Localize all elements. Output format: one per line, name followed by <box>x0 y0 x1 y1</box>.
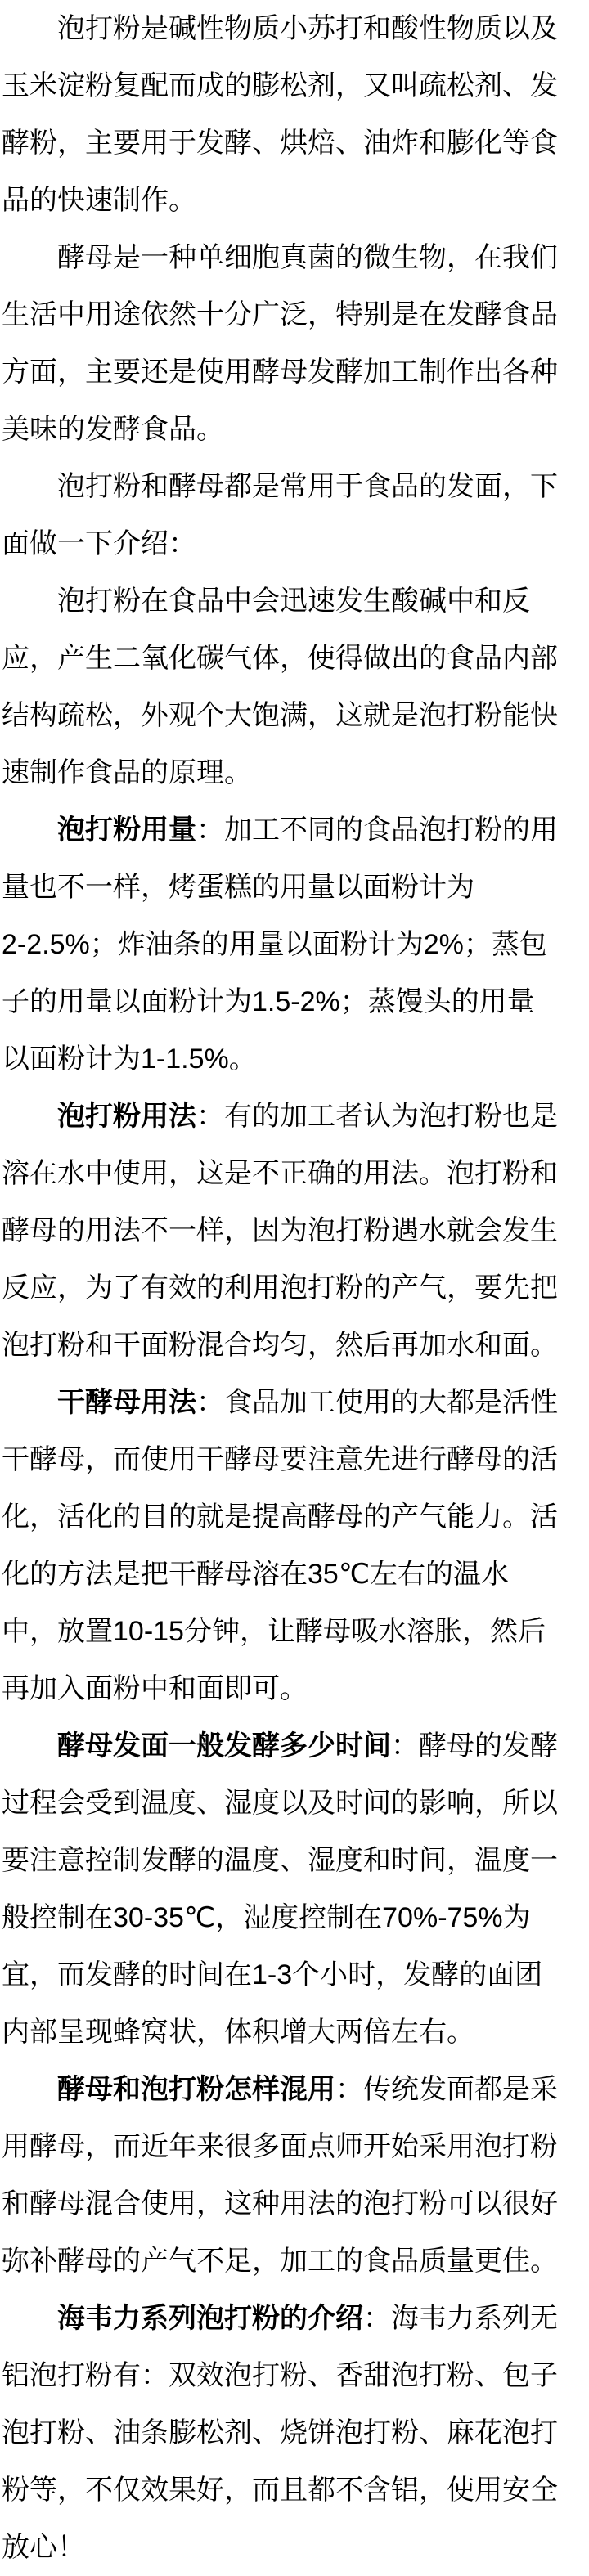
paragraph-4-first-line: 泡打粉在食品中会迅速发生酸碱中和反 <box>2 572 589 630</box>
paragraph-6: 泡打粉用法：有的加工者认为泡打粉也是溶在水中使用，这是不正确的用法。泡打粉和酵母… <box>2 1088 589 1374</box>
paragraph-5-line-3: 2-2.5%；炸油条的用量以面粉计为2%；蒸包 <box>2 916 589 973</box>
paragraph-4-line-2: 应，产生二氧化碳气体，使得做出的食品内部 <box>2 630 589 687</box>
paragraph-10-line-2: 铝泡打粉有：双效泡打粉、香甜泡打粉、包子 <box>2 2347 589 2404</box>
paragraph-7: 干酵母用法：食品加工使用的大都是活性干酵母，而使用干酵母要注意先进行酵母的活化，… <box>2 1374 589 1717</box>
paragraph-10-line-4: 粉等，不仅效果好，而且都不含铝，使用安全 <box>2 2462 589 2519</box>
paragraph-1-first-line: 泡打粉是碱性物质小苏打和酸性物质以及 <box>2 0 589 57</box>
paragraph-10-line-3: 泡打粉、油条膨松剂、烧饼泡打粉、麻花泡打 <box>2 2404 589 2462</box>
article: 泡打粉是碱性物质小苏打和酸性物质以及玉米淀粉复配而成的膨松剂，又叫疏松剂、发酵粉… <box>0 0 589 2576</box>
paragraph-8: 酵母发面一般发酵多少时间：酵母的发酵过程会受到温度、湿度以及时间的影响，所以要注… <box>2 1717 589 2061</box>
paragraph-7-line-4: 化的方法是把干酵母溶在35℃左右的温水 <box>2 1546 589 1603</box>
paragraph-4: 泡打粉在食品中会迅速发生酸碱中和反应，产生二氧化碳气体，使得做出的食品内部结构疏… <box>2 572 589 801</box>
paragraph-10-first-line: 海韦力系列泡打粉的介绍：海韦力系列无 <box>2 2290 589 2347</box>
paragraph-2-line-4: 美味的发酵食品。 <box>2 401 589 458</box>
paragraph-7-first-line: 干酵母用法：食品加工使用的大都是活性 <box>2 1374 589 1431</box>
paragraph-10-heading: 海韦力系列泡打粉的介绍 <box>57 2303 363 2334</box>
paragraph-5-line-5: 以面粉计为1-1.5%。 <box>2 1030 589 1088</box>
paragraph-10-line-5: 放心！ <box>2 2519 589 2576</box>
paragraph-2-line-3: 方面，主要还是使用酵母发酵加工制作出各种 <box>2 343 589 401</box>
paragraph-4-line-4: 速制作食品的原理。 <box>2 744 589 801</box>
paragraph-1: 泡打粉是碱性物质小苏打和酸性物质以及玉米淀粉复配而成的膨松剂，又叫疏松剂、发酵粉… <box>2 0 589 229</box>
paragraph-8-line-5: 宜，而发酵的时间在1-3个小时，发酵的面团 <box>2 1946 589 2004</box>
paragraph-9-heading: 酵母和泡打粉怎样混用 <box>57 2074 335 2105</box>
paragraph-8-line-6: 内部呈现蜂窝状，体积增大两倍左右。 <box>2 2004 589 2061</box>
paragraph-7-line-2: 干酵母，而使用干酵母要注意先进行酵母的活 <box>2 1431 589 1488</box>
paragraph-6-line-3: 酵母的用法不一样，因为泡打粉遇水就会发生 <box>2 1202 589 1259</box>
paragraph-8-line-4: 般控制在30-35℃，湿度控制在70%-75%为 <box>2 1889 589 1946</box>
paragraph-6-line-4: 反应，为了有效的利用泡打粉的产气，要先把 <box>2 1259 589 1317</box>
paragraph-7-line-5: 中，放置10-15分钟，让酵母吸水溶胀，然后 <box>2 1603 589 1660</box>
paragraph-8-heading: 酵母发面一般发酵多少时间 <box>57 1730 391 1761</box>
paragraph-3: 泡打粉和酵母都是常用于食品的发面，下面做一下介绍： <box>2 458 589 572</box>
paragraph-2-line-2: 生活中用途依然十分广泛，特别是在发酵食品 <box>2 286 589 343</box>
paragraph-1-line-2: 玉米淀粉复配而成的膨松剂，又叫疏松剂、发 <box>2 57 589 114</box>
paragraph-7-line-3: 化，活化的目的就是提高酵母的产气能力。活 <box>2 1488 589 1546</box>
paragraph-6-line-2: 溶在水中使用，这是不正确的用法。泡打粉和 <box>2 1145 589 1202</box>
paragraph-5-line-4: 子的用量以面粉计为1.5-2%；蒸馒头的用量 <box>2 973 589 1030</box>
paragraph-6-line-5: 泡打粉和干面粉混合均匀，然后再加水和面。 <box>2 1317 589 1374</box>
paragraph-9-line-2: 用酵母，而近年来很多面点师开始采用泡打粉 <box>2 2118 589 2175</box>
paragraph-8-line-3: 要注意控制发酵的温度、湿度和时间，温度一 <box>2 1832 589 1889</box>
paragraph-9-first-line: 酵母和泡打粉怎样混用：传统发面都是采 <box>2 2061 589 2118</box>
paragraph-5-line-2: 量也不一样，烤蛋糕的用量以面粉计为 <box>2 859 589 916</box>
paragraph-7-line-6: 再加入面粉中和面即可。 <box>2 1660 589 1717</box>
paragraph-3-first-line: 泡打粉和酵母都是常用于食品的发面，下 <box>2 458 589 515</box>
paragraph-2-first-line: 酵母是一种单细胞真菌的微生物，在我们 <box>2 229 589 286</box>
paragraph-1-line-4: 品的快速制作。 <box>2 172 589 229</box>
paragraph-9-line-4: 弥补酵母的产气不足，加工的食品质量更佳。 <box>2 2233 589 2290</box>
paragraph-6-first-line: 泡打粉用法：有的加工者认为泡打粉也是 <box>2 1088 589 1145</box>
paragraph-9: 酵母和泡打粉怎样混用：传统发面都是采用酵母，而近年来很多面点师开始采用泡打粉和酵… <box>2 2061 589 2290</box>
paragraph-10: 海韦力系列泡打粉的介绍：海韦力系列无铝泡打粉有：双效泡打粉、香甜泡打粉、包子泡打… <box>2 2290 589 2576</box>
paragraph-8-line-2: 过程会受到温度、湿度以及时间的影响，所以 <box>2 1775 589 1832</box>
paragraph-3-line-2: 面做一下介绍： <box>2 515 589 572</box>
paragraph-1-line-3: 酵粉，主要用于发酵、烘焙、油炸和膨化等食 <box>2 114 589 172</box>
paragraph-5-first-line: 泡打粉用量：加工不同的食品泡打粉的用 <box>2 801 589 859</box>
paragraph-2: 酵母是一种单细胞真菌的微生物，在我们生活中用途依然十分广泛，特别是在发酵食品方面… <box>2 229 589 458</box>
paragraph-5-heading: 泡打粉用量 <box>57 815 196 846</box>
paragraph-4-line-3: 结构疏松，外观个大饱满，这就是泡打粉能快 <box>2 687 589 744</box>
paragraph-9-line-3: 和酵母混合使用，这种用法的泡打粉可以很好 <box>2 2175 589 2233</box>
paragraph-7-heading: 干酵母用法 <box>57 1387 196 1418</box>
paragraph-6-heading: 泡打粉用法 <box>57 1101 196 1132</box>
paragraph-5: 泡打粉用量：加工不同的食品泡打粉的用量也不一样，烤蛋糕的用量以面粉计为2-2.5… <box>2 801 589 1088</box>
paragraph-8-first-line: 酵母发面一般发酵多少时间：酵母的发酵 <box>2 1717 589 1775</box>
